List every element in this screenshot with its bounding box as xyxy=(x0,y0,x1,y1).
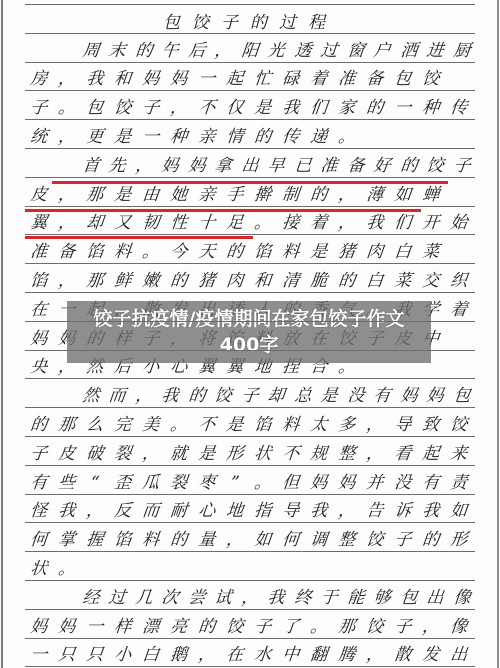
page-left-border xyxy=(1,0,3,668)
ruled-line xyxy=(25,206,475,207)
essay-line: 房，我和妈妈一起忙碌着准备包饺 xyxy=(25,63,475,89)
ruled-line xyxy=(25,4,475,5)
ruled-line xyxy=(25,436,475,437)
essay-line: 状。 xyxy=(25,553,475,579)
essay-line: 经过几次尝试，我终于能够包出像 xyxy=(25,582,475,608)
ruled-line xyxy=(25,234,475,235)
essay-page: 包饺子的过程 周末的午后，阳光透过窗户洒进厨房，我和妈妈一起忙碌着准备包饺子。包… xyxy=(0,0,500,668)
ruled-line xyxy=(25,119,475,120)
essay-line: 子皮破裂，就是形状不规整，看起来 xyxy=(25,438,475,464)
essay-line: 一只只小白鹅，在水中翻腾，散发出 xyxy=(25,639,475,665)
essay-line: 有些“歪瓜裂枣”。但妈妈并没有责 xyxy=(25,467,475,493)
essay-line: 妈妈一样漂亮的饺子了。那饺子，像 xyxy=(25,611,475,637)
ruled-line xyxy=(25,609,475,610)
essay-line: 统，更是一种亲情的传递。 xyxy=(25,121,475,147)
ruled-line xyxy=(25,638,475,639)
ruled-line xyxy=(25,465,475,466)
ruled-line xyxy=(25,350,475,351)
ruled-line xyxy=(25,263,475,264)
caption-overlay: 饺子抗疫情/疫情期间在家包饺子作文400字 xyxy=(67,301,431,363)
ruled-line xyxy=(25,177,475,178)
essay-line: 准备馅料。今天的馅料是猪肉白菜 xyxy=(25,236,475,262)
ruled-line xyxy=(25,321,475,322)
red-underline-2 xyxy=(25,209,421,212)
essay-line: 馅，那鲜嫩的猪肉和清脆的白菜交织 xyxy=(25,265,475,291)
ruled-line xyxy=(25,580,475,581)
ruled-line xyxy=(25,494,475,495)
red-underline-1 xyxy=(52,181,448,184)
ruled-line xyxy=(25,62,475,63)
essay-line: 然而，我的饺子却总是没有妈妈包 xyxy=(25,380,475,406)
ruled-line xyxy=(25,90,475,91)
ruled-line xyxy=(25,522,475,523)
page-right-border xyxy=(497,0,499,668)
ruled-line xyxy=(25,407,475,408)
ruled-line xyxy=(25,378,475,379)
essay-line: 何掌握馅料的量，如何调整饺子的形 xyxy=(25,524,475,550)
ruled-line xyxy=(25,551,475,552)
red-underline-3 xyxy=(25,236,253,239)
ruled-line xyxy=(25,33,475,34)
essay-line: 的那么完美。不是馅料太多，导致饺 xyxy=(25,409,475,435)
essay-line: 首先，妈妈拿出早已准备好的饺子 xyxy=(25,150,475,176)
essay-line: 怪我，反而耐心地指导我，告诉我如 xyxy=(25,495,475,521)
essay-title: 包饺子的过程 xyxy=(25,8,475,30)
ruled-line xyxy=(25,666,475,667)
ruled-line xyxy=(25,292,475,293)
essay-line: 子。包饺子，不仅是我们家的一种传 xyxy=(25,92,475,118)
ruled-line xyxy=(25,148,475,149)
essay-line: 周末的午后，阳光透过窗户洒进厨 xyxy=(25,35,475,61)
